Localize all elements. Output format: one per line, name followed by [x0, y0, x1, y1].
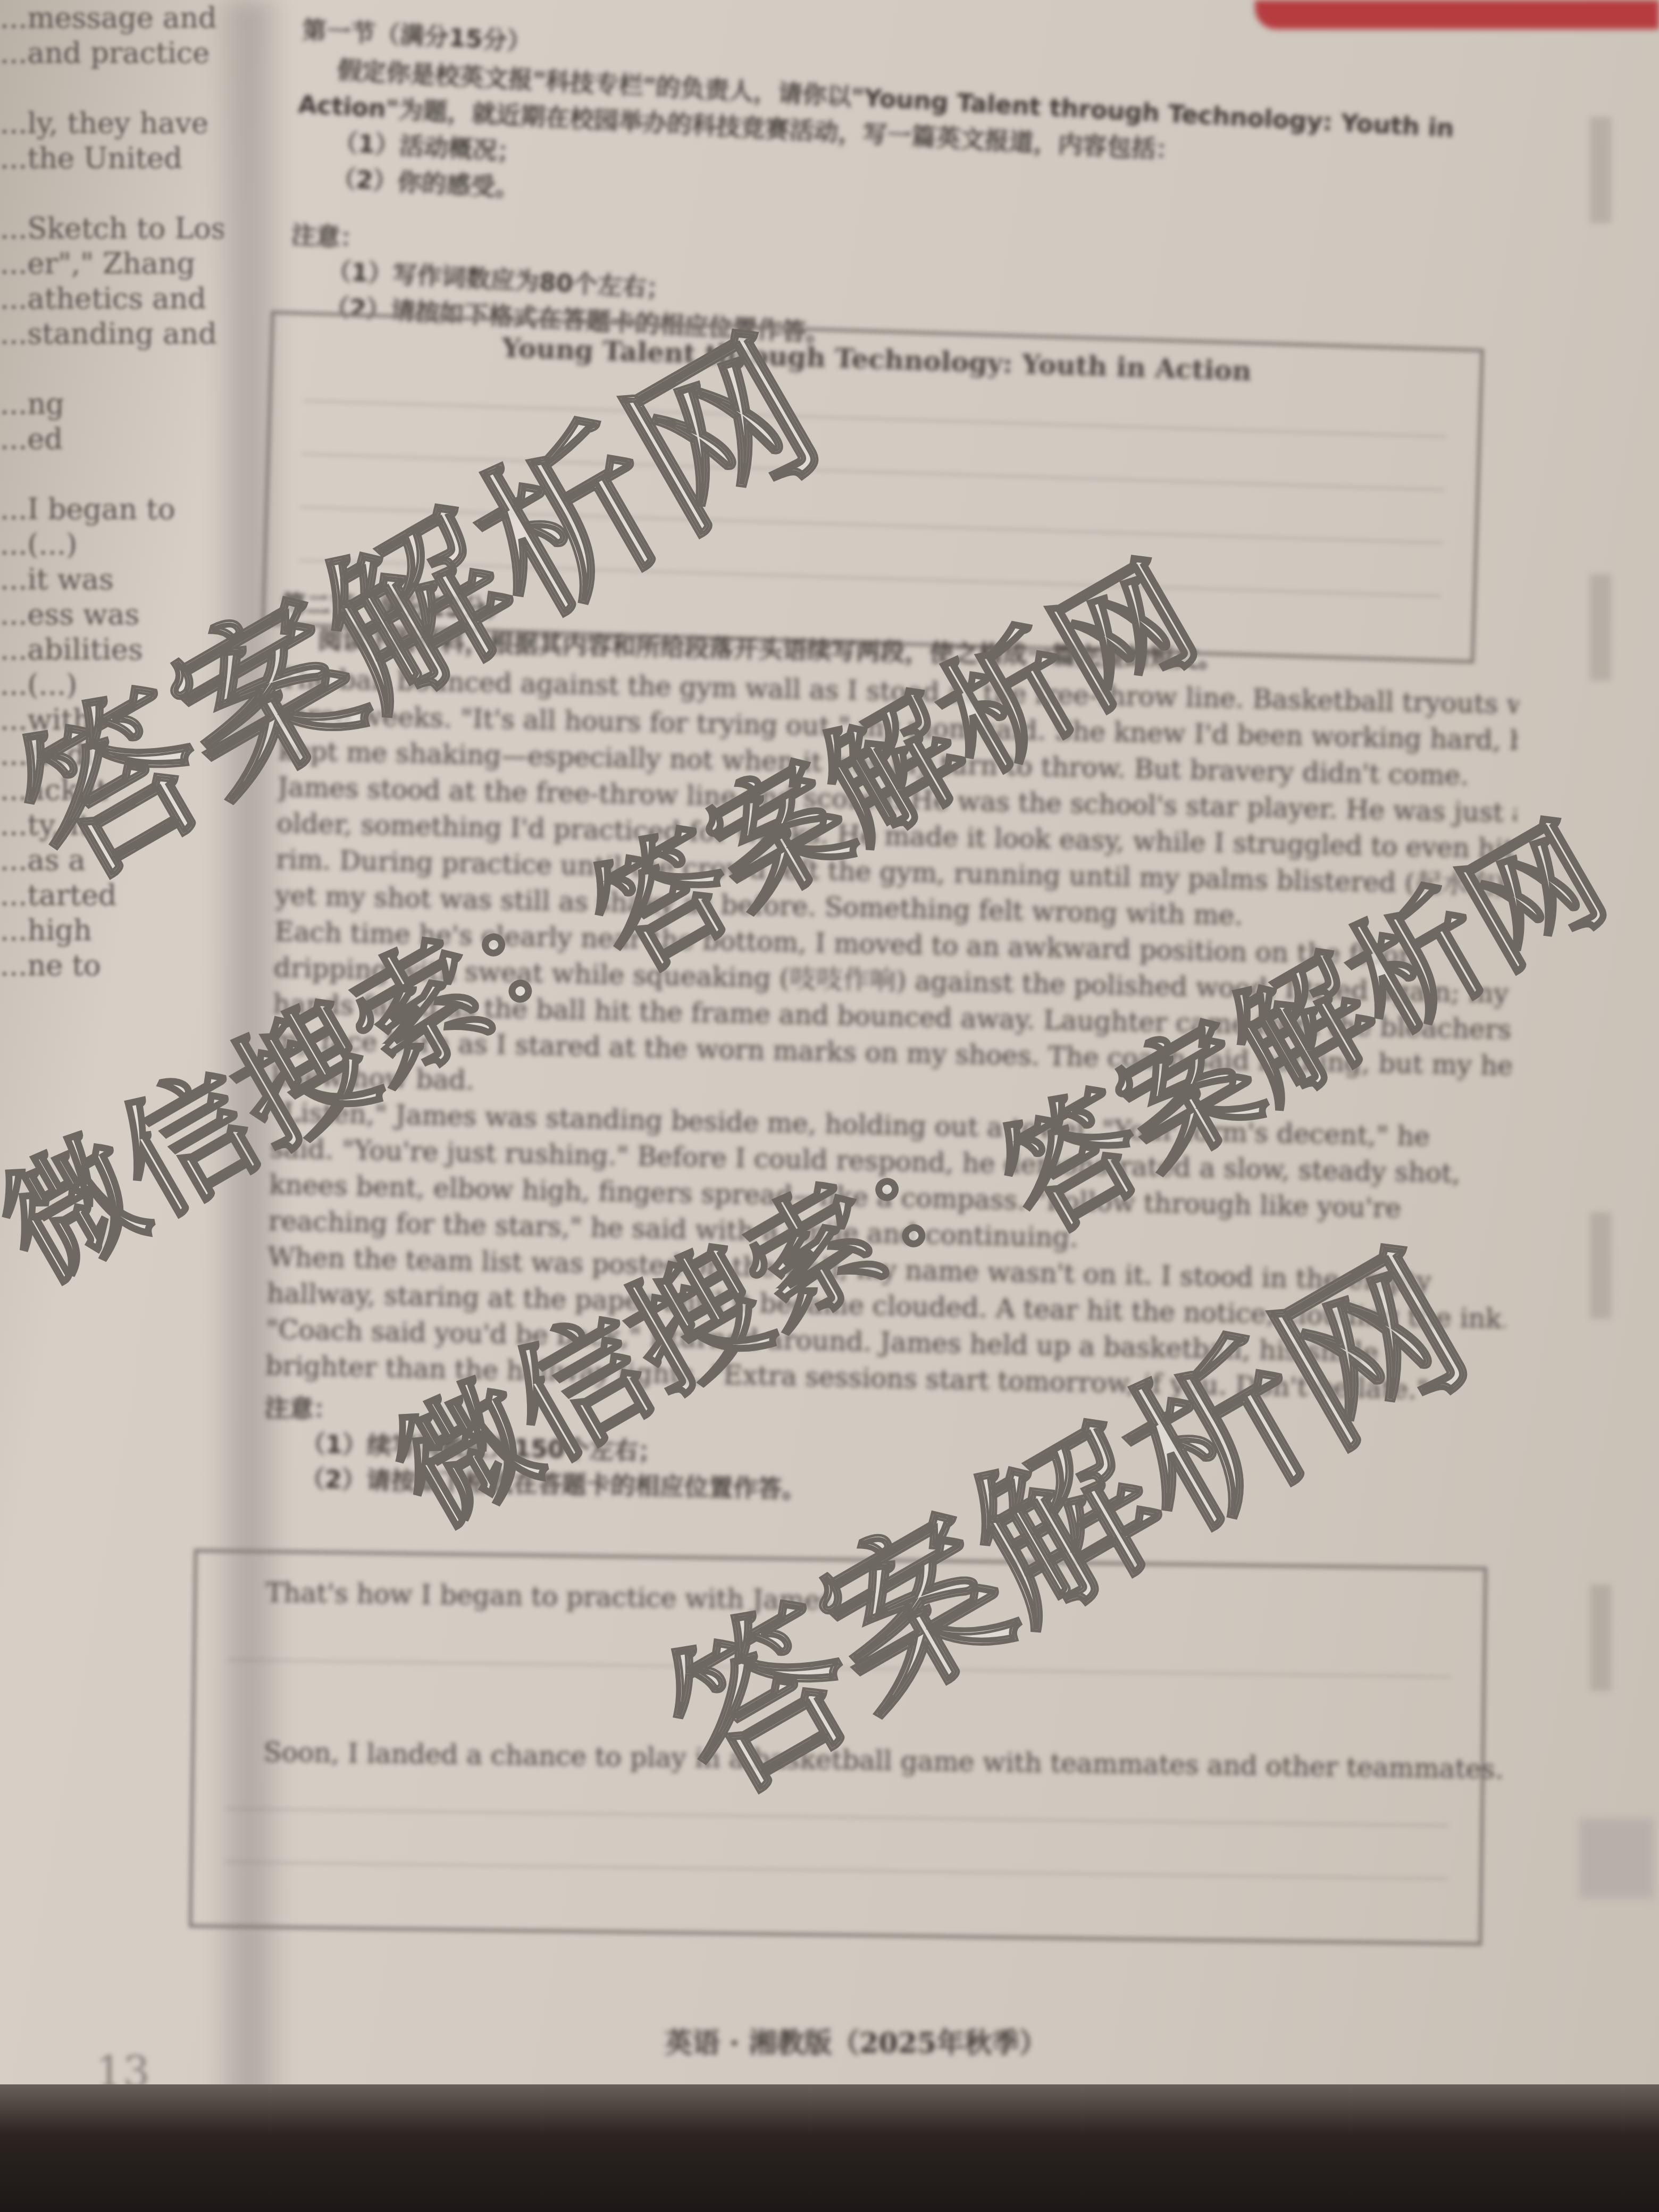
margin-mark: [1590, 1212, 1611, 1319]
margin-mark: [1590, 117, 1611, 223]
right-margin-strip: [1563, 96, 1659, 2063]
left-page-line: [0, 456, 223, 491]
left-page-line: ...(...): [0, 526, 223, 562]
ruled-line: [225, 1808, 1448, 1826]
left-page-line: ...ly, they have: [0, 105, 223, 140]
left-page-line: ...ng: [0, 386, 223, 421]
left-page-line: ...standing and: [0, 316, 223, 351]
left-page-line: ...the United: [0, 140, 223, 175]
left-page-line: ...er"," Zhang: [0, 246, 223, 281]
margin-mark: [1590, 574, 1611, 681]
margin-mark: [1590, 1585, 1611, 1691]
left-page-line: ...and practice: [0, 35, 223, 70]
left-page-line: ...high: [0, 912, 223, 948]
left-page-line: ...I began to: [0, 491, 223, 526]
left-page-line: ...message and: [0, 0, 223, 35]
desk-background: [0, 2084, 1659, 2212]
qr-code-image: [1579, 1819, 1654, 1898]
left-page-line: [0, 70, 223, 105]
page-footer: 英语 · 湘教版（2025年秋季）: [665, 2021, 1047, 2060]
left-page-line: ...ed: [0, 421, 223, 456]
left-page-line: [0, 351, 223, 386]
left-page-line: [0, 175, 223, 211]
left-page-line: ...Sketch to Los: [0, 211, 223, 246]
ruled-line: [225, 1861, 1448, 1880]
left-page-line: ...ne to: [0, 948, 223, 983]
left-page-line: ...athetics and: [0, 281, 223, 316]
task-one-notes-label: 注意：: [291, 220, 366, 253]
